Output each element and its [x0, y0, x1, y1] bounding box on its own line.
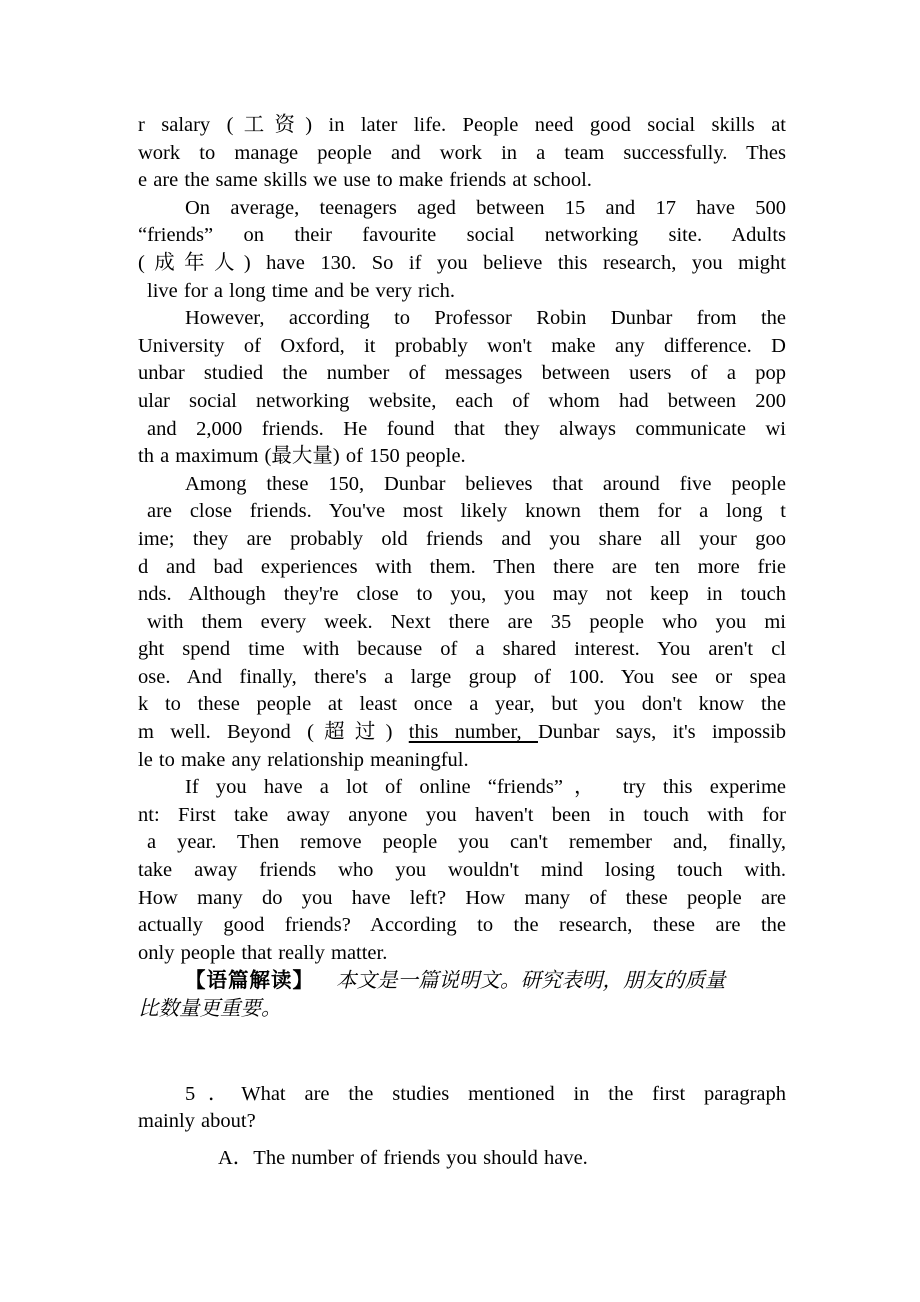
text-line: 【语篇解读】本文是一篇说明文。研究表明，朋友的质量 — [138, 967, 786, 996]
question-text-line: 5．What are the studies mentioned in the … — [138, 1081, 786, 1109]
article-paragraph: r salary (工资) in later life. People need… — [138, 112, 786, 195]
text-line: unbar studied the number of messages bet… — [138, 360, 786, 388]
text-line: However, according to Professor Robin Du… — [138, 305, 786, 333]
text-line: only people that really matter. — [138, 940, 786, 968]
text-line: “friends” on their favourite social netw… — [138, 222, 786, 250]
text-line: are close friends. You've most likely kn… — [138, 498, 786, 526]
text-line: with them every week. Next there are 35 … — [138, 609, 786, 637]
article-paragraph: If you have a lot of online “friends”， t… — [138, 774, 786, 967]
underlined-phrase: this number, — [409, 721, 538, 743]
text-line: 比数量更重要。 — [138, 996, 786, 1024]
passage-analysis-text: 本文是一篇说明文。研究表明，朋友的质量 — [336, 970, 726, 992]
text-line: ime; they are probably old friends and y… — [138, 526, 786, 554]
text-line: e are the same skills we use to make fri… — [138, 167, 786, 195]
text-line: r salary (工资) in later life. People need… — [138, 112, 786, 140]
text-line: nds. Although they're close to you, you … — [138, 581, 786, 609]
text-line: th a maximum (最大量) of 150 people. — [138, 443, 786, 471]
question-text-line: mainly about? — [138, 1108, 786, 1136]
article-paragraph: On average, teenagers aged between 15 an… — [138, 195, 786, 305]
document-page: r salary (工资) in later life. People need… — [0, 0, 920, 1302]
question-5: 5．What are the studies mentioned in the … — [138, 1081, 786, 1136]
text-segment: Dunbar says, it's impossib — [538, 721, 786, 743]
article-paragraph: Among these 150, Dunbar believes that ar… — [138, 471, 786, 775]
text-line: ular social networking website, each of … — [138, 388, 786, 416]
text-line: work to manage people and work in a team… — [138, 140, 786, 168]
text-line: take away friends who you wouldn't mind … — [138, 857, 786, 885]
text-line: k to these people at least once a year, … — [138, 691, 786, 719]
option-text-line: A．The number of friends you should have. — [138, 1145, 786, 1173]
text-line: (成年人) have 130. So if you believe this r… — [138, 250, 786, 278]
text-line: How many do you have left? How many of t… — [138, 885, 786, 913]
option-a: A．The number of friends you should have. — [138, 1145, 786, 1173]
text-line: live for a long time and be very rich. — [138, 278, 786, 306]
text-line: le to make any relationship meaningful. — [138, 747, 786, 775]
text-line: a year. Then remove people you can't rem… — [138, 829, 786, 857]
text-line: If you have a lot of online “friends”， t… — [138, 774, 786, 802]
text-line: Among these 150, Dunbar believes that ar… — [138, 471, 786, 499]
text-line: m well. Beyond (超过) this number, Dunbar … — [138, 719, 786, 747]
text-line: actually good friends? According to the … — [138, 912, 786, 940]
text-line: d and bad experiences with them. Then th… — [138, 554, 786, 582]
text-line: On average, teenagers aged between 15 an… — [138, 195, 786, 223]
article-paragraph: However, according to Professor Robin Du… — [138, 305, 786, 471]
text-line: University of Oxford, it probably won't … — [138, 333, 786, 361]
text-line: ght spend time with because of a shared … — [138, 636, 786, 664]
text-line: and 2,000 friends. He found that they al… — [138, 416, 786, 444]
reading-passage: r salary (工资) in later life. People need… — [138, 112, 786, 1172]
passage-analysis-label: 【语篇解读】 — [185, 969, 314, 992]
text-segment: m well. Beyond (超过) — [138, 721, 409, 743]
text-line: ose. And finally, there's a large group … — [138, 664, 786, 692]
text-line: nt: First take away anyone you haven't b… — [138, 802, 786, 830]
passage-analysis: 【语篇解读】本文是一篇说明文。研究表明，朋友的质量 比数量更重要。 — [138, 967, 786, 1023]
